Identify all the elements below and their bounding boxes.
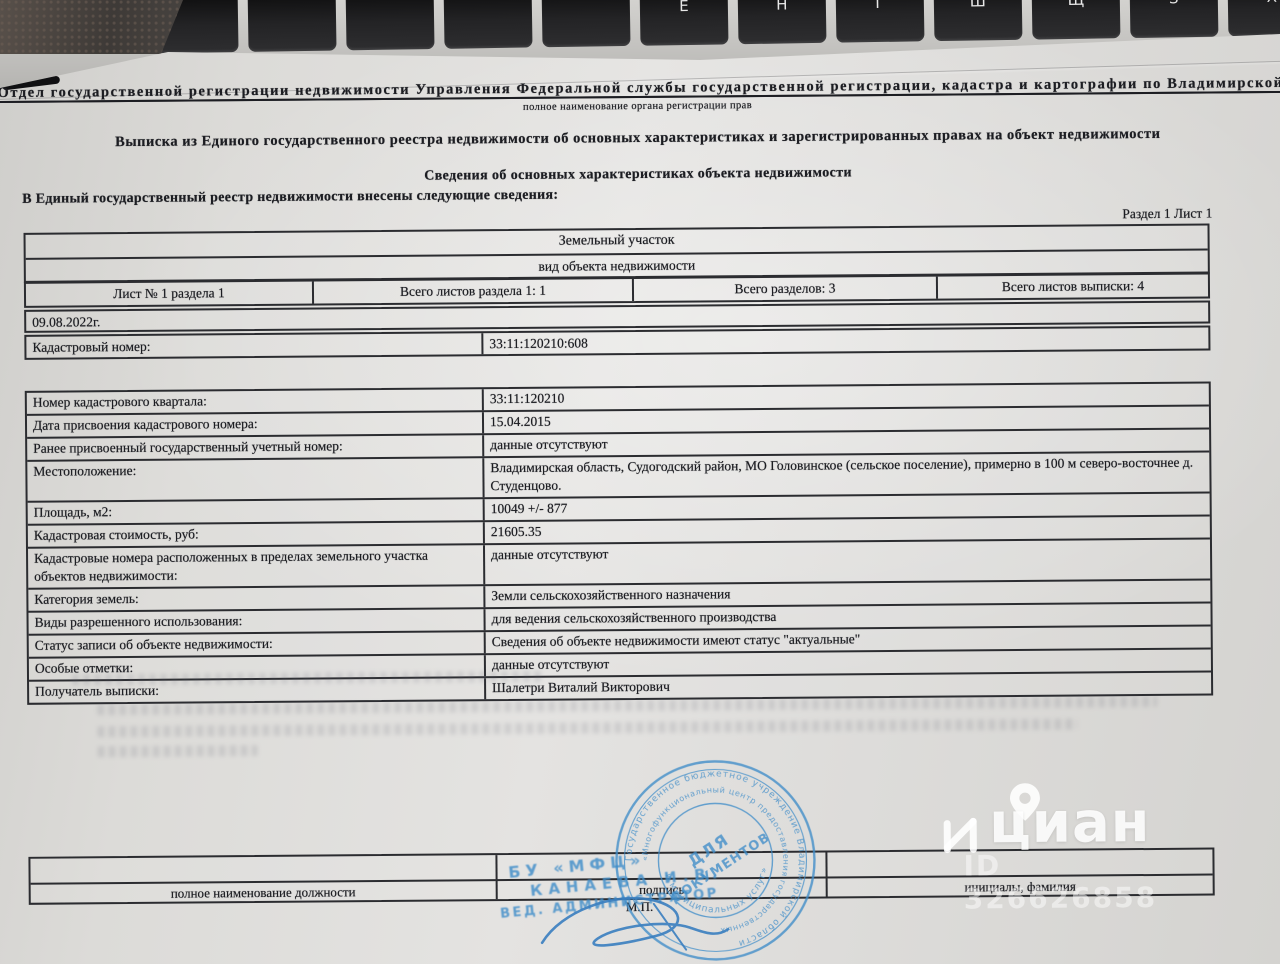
row-value: Шалетри Виталий Викторович xyxy=(484,673,1211,700)
keyboard-key-letter xyxy=(444,0,532,1)
document-title: Выписка из Единого государственного реес… xyxy=(0,125,1278,152)
row-label: Площадь, м2: xyxy=(28,499,483,524)
keyboard-key xyxy=(247,0,336,52)
section-sheet-label: Раздел 1 Лист 1 xyxy=(1122,205,1212,222)
cadastral-number-label: Кадастровый номер: xyxy=(26,333,481,358)
keyboard-key-letter: Щ xyxy=(1032,0,1120,10)
row-value: данные отсутствуют xyxy=(483,540,1210,585)
keyboard-key-letter xyxy=(346,1,434,2)
row-label: Местоположение: xyxy=(27,458,482,501)
cian-brand-text: циан xyxy=(989,790,1151,856)
sheet-counter-cell: Всего разделов: 3 xyxy=(632,277,936,301)
keyboard-key xyxy=(443,0,532,49)
characteristics-table: Номер кадастрового квартала: 33:11:12021… xyxy=(25,382,1213,705)
position-label: полное наименование должности xyxy=(31,879,496,903)
keyboard-key xyxy=(541,0,630,47)
row-value: Владимирская область, Судогодский район,… xyxy=(482,453,1209,498)
cadastral-number-value: 33:11:120210:608 xyxy=(481,328,1208,355)
cian-logo-mark xyxy=(941,813,981,853)
keyboard-key: З xyxy=(1129,0,1218,38)
listing-id: ID 326626858 xyxy=(963,848,1194,916)
row-label: Дата присвоения кадастрового номера: xyxy=(27,412,482,437)
keyboard-key: Н xyxy=(737,0,826,44)
sheet-counter-cell: Лист № 1 раздела 1 xyxy=(26,282,312,306)
row-label: Кадастровые номера расположенных в преде… xyxy=(28,545,483,588)
keyboard-key: Щ xyxy=(1031,0,1120,40)
intro-line: В Единый государственный реестр недвижим… xyxy=(22,188,558,208)
keyboard-key xyxy=(345,0,434,50)
keyboard-key: Г xyxy=(835,0,924,43)
keyboard-key-letter: Ш xyxy=(934,0,1022,11)
signature-cell-empty xyxy=(30,855,495,883)
bleed-through-text xyxy=(97,719,1077,738)
keyboard-key-letter: Е xyxy=(640,0,728,16)
document-page: Отдел государственной регистрации недвиж… xyxy=(0,0,1280,964)
desk-fabric xyxy=(0,0,183,54)
sheet-counter-cell: Всего листов выписки: 4 xyxy=(936,275,1208,299)
keyboard-key: Ш xyxy=(933,0,1022,41)
keyboard-key-letter: Н xyxy=(738,0,826,14)
document-content: Отдел государственной регистрации недвиж… xyxy=(0,0,1280,964)
sheet-counter-cell: Всего листов раздела 1: 1 xyxy=(312,279,632,304)
row-label: Статус записи об объекте недвижимости: xyxy=(29,632,484,657)
row-label: Виды разрешенного использования: xyxy=(28,609,483,634)
cian-watermark: циан ID 326626858 xyxy=(933,774,1194,886)
row-label: Категория земель: xyxy=(28,586,483,611)
keyboard-key-letter xyxy=(248,3,336,4)
keyboard-key-letter: Х xyxy=(1228,0,1280,6)
row-label: Ранее присвоенный государственный учетны… xyxy=(27,435,482,460)
keyboard-key: Е xyxy=(639,0,728,46)
keyboard-key: Х xyxy=(1227,0,1280,36)
bleed-through-text xyxy=(98,745,258,757)
keyboard-key-letter: З xyxy=(1130,0,1218,8)
row-label: Номер кадастрового квартала: xyxy=(27,389,482,414)
handwritten-signature xyxy=(536,883,747,960)
section-title: Сведения об основных характеристиках объ… xyxy=(0,162,1278,188)
keyboard-key-letter: Г xyxy=(836,0,924,13)
row-label: Кадастровая стоимость, руб: xyxy=(28,522,483,547)
